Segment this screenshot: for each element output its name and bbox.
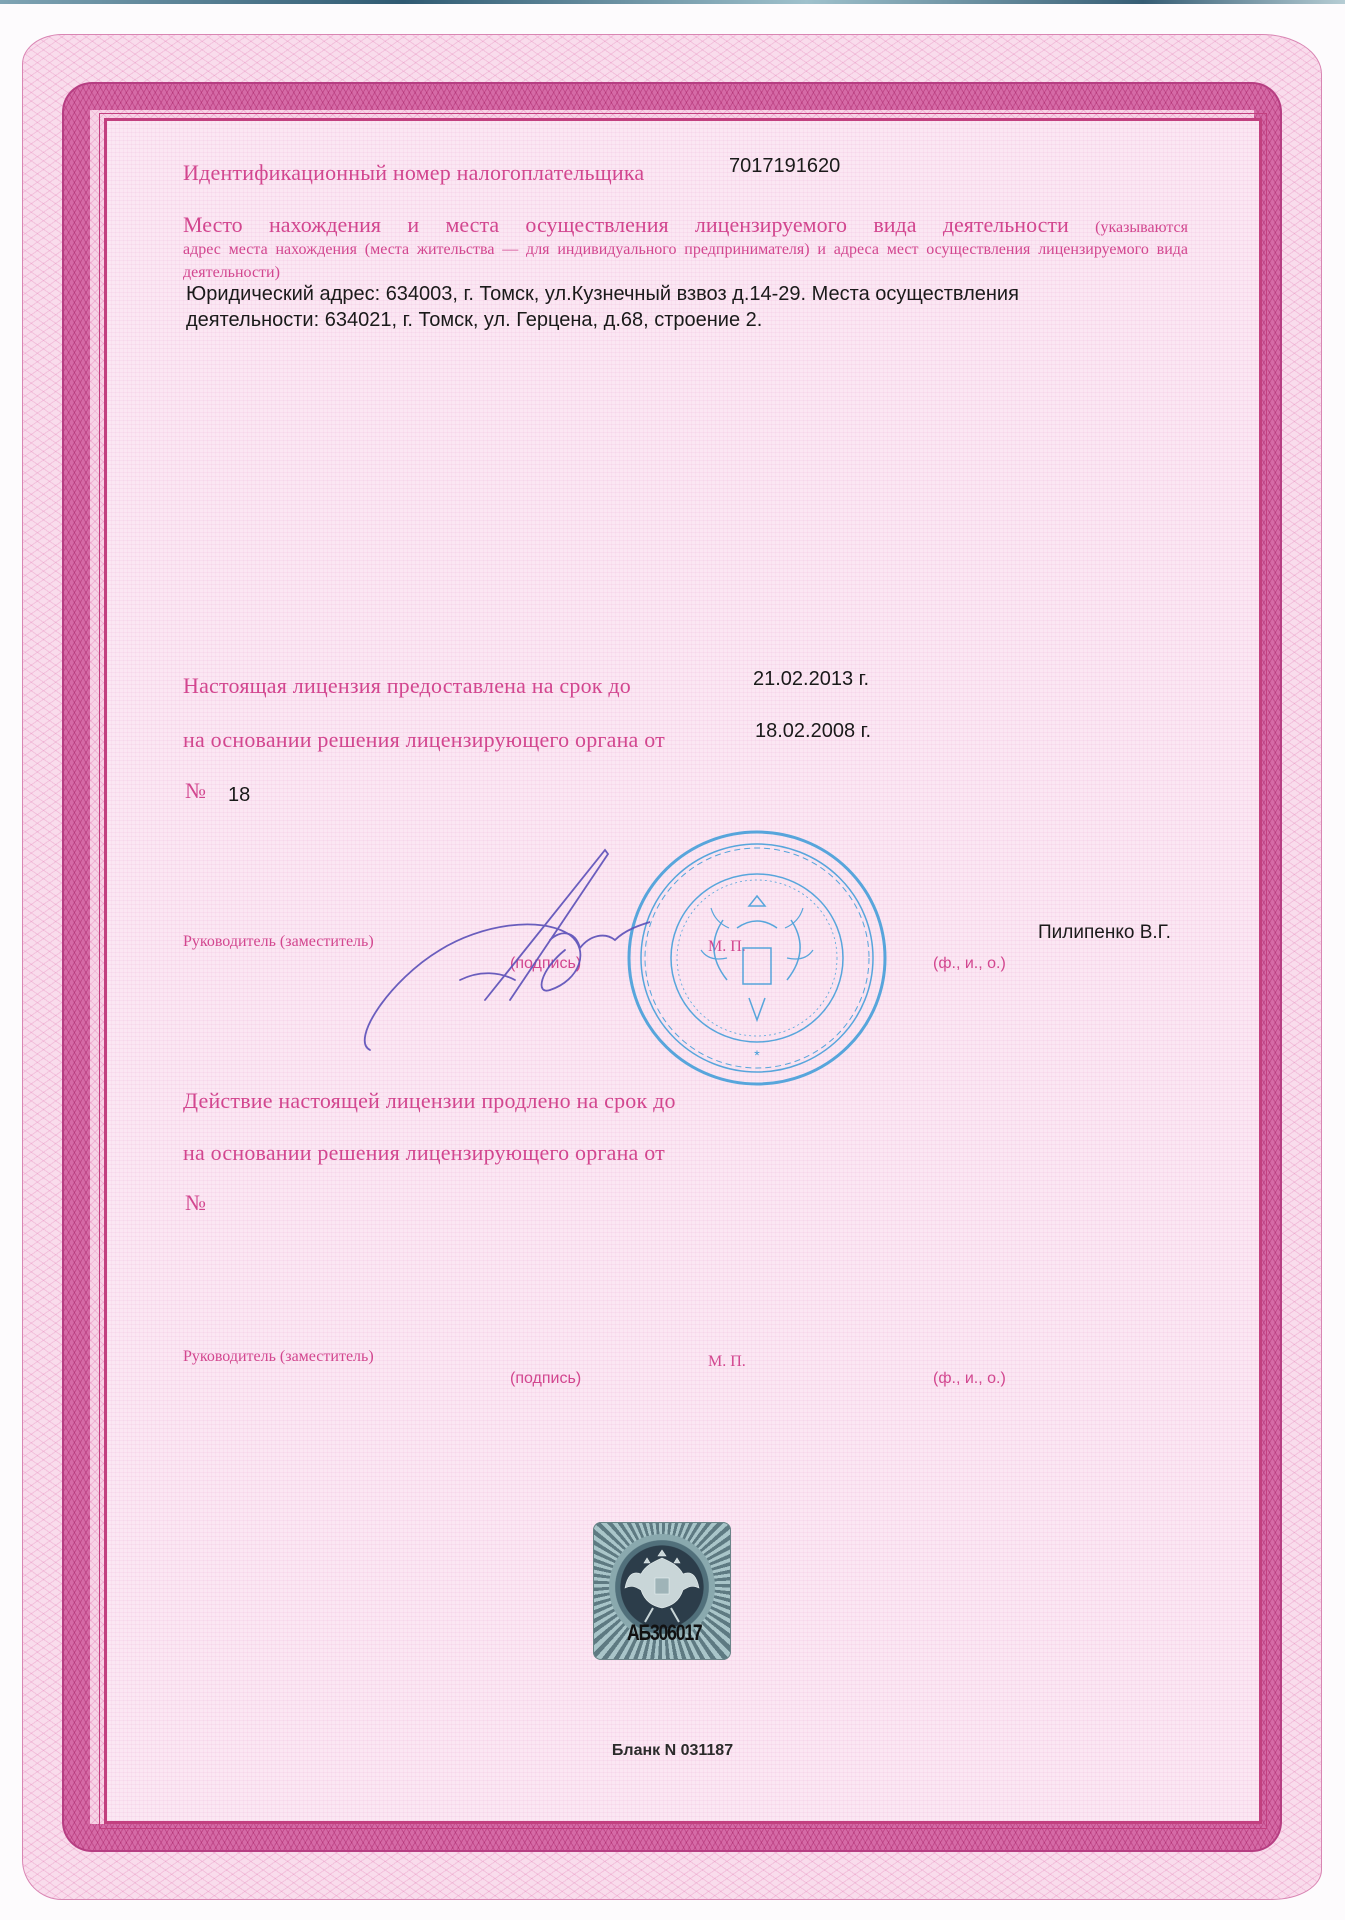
- extended-until-label: Действие настоящей лицензии продлено на …: [183, 1088, 676, 1114]
- location-value: Юридический адрес: 634003, г. Томск, ул.…: [186, 281, 1166, 333]
- inn-value: 7017191620: [729, 155, 840, 178]
- official-seal-stamp: *: [625, 828, 890, 1088]
- number-value: 18: [228, 784, 250, 807]
- seal-caption-2: М. П.: [708, 1353, 746, 1371]
- handwritten-signature: [350, 830, 650, 1060]
- extension-number-label: №: [185, 1190, 206, 1216]
- valid-until-label: Настоящая лицензия предоставлена на срок…: [183, 673, 631, 699]
- head-label-2: Руководитель (заместитель): [183, 1348, 374, 1366]
- svg-text:*: *: [754, 1047, 760, 1063]
- extension-decision-label: на основании решения лицензирующего орга…: [183, 1140, 665, 1166]
- decision-label: на основании решения лицензирующего орга…: [183, 727, 665, 753]
- location-label-note: адрес места нахождения (места жительства…: [183, 238, 1188, 284]
- number-label: №: [185, 778, 206, 804]
- head-label: Руководитель (заместитель): [183, 933, 374, 951]
- signatory-name: Пилипенко В.Г.: [1038, 922, 1171, 944]
- blank-number: Бланк N 031187: [0, 1742, 1345, 1760]
- scan-top-edge: [0, 0, 1345, 4]
- signature-caption-2: (подпись): [510, 1370, 581, 1388]
- security-hologram: АБ306017: [593, 1522, 731, 1660]
- valid-until-value: 21.02.2013 г.: [753, 668, 869, 691]
- location-label: Место нахождения и места осуществления л…: [183, 212, 1188, 284]
- location-label-main: Место нахождения и места осуществления л…: [183, 212, 1069, 237]
- hologram-serial: АБ306017: [627, 1620, 702, 1646]
- name-caption-2: (ф., и., о.): [933, 1370, 1006, 1388]
- double-headed-eagle-icon: [623, 1544, 701, 1630]
- location-value-line1: Юридический адрес: 634003, г. Томск, ул.…: [186, 281, 1166, 307]
- name-caption: (ф., и., о.): [933, 955, 1006, 973]
- location-label-note-start: (указываются: [1095, 219, 1188, 236]
- location-value-line2: деятельности: 634021, г. Томск, ул. Герц…: [186, 307, 1166, 333]
- decision-date-value: 18.02.2008 г.: [755, 720, 871, 743]
- inn-label: Идентификационный номер налогоплательщик…: [183, 160, 644, 186]
